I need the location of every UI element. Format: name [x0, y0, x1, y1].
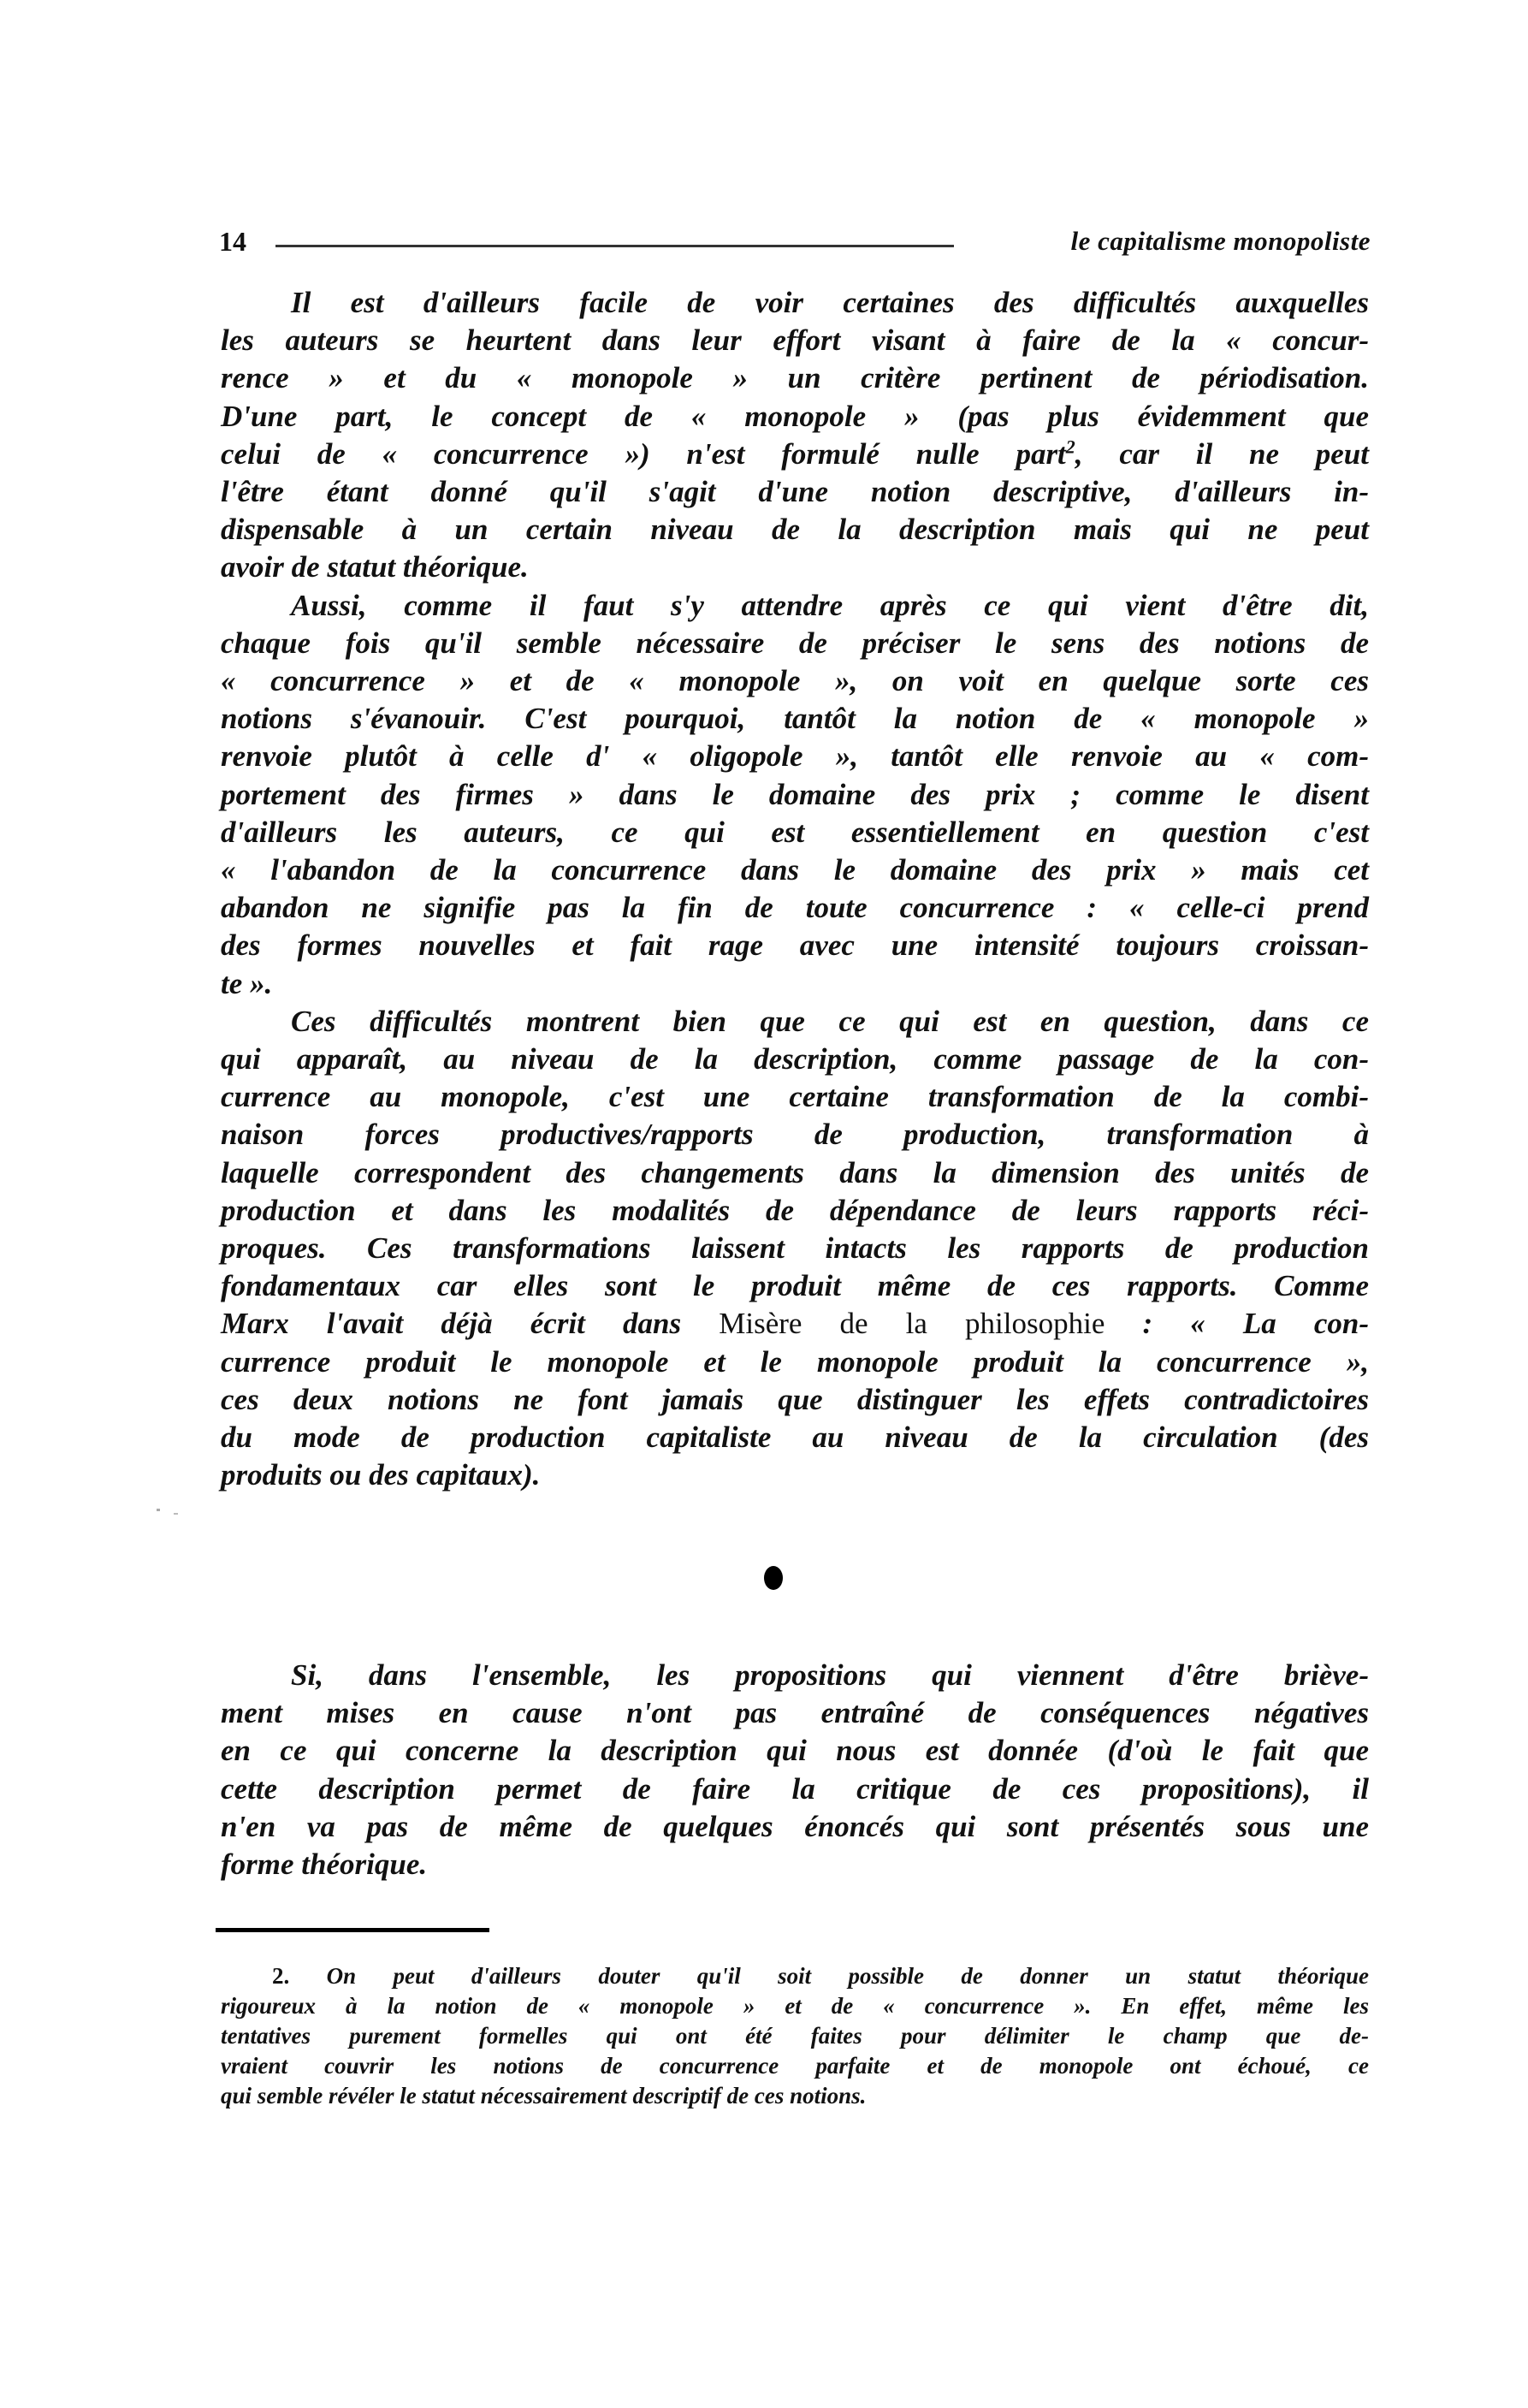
text-line: qui apparaît, au niveau de la descriptio… [221, 1041, 1369, 1078]
text-line: 2. On peut d'ailleurs douter qu'il soit … [221, 1961, 1369, 1991]
text-segment: Marx l'avait déjà écrit dans [221, 1307, 681, 1340]
running-title: le capitalisme monopoliste [1070, 226, 1371, 257]
text-line: forme théorique. [221, 1846, 1369, 1883]
text-segment: celui de « concurrence ») n'est formulé … [221, 437, 1066, 471]
text-line: fondamentaux car elles sont le produit m… [221, 1267, 1369, 1305]
footnote-2: 2. On peut d'ailleurs douter qu'il soit … [221, 1961, 1369, 2111]
text-line: tentatives purement formelles qui ont ét… [221, 2021, 1369, 2051]
text-line: laquelle correspondent des changements d… [221, 1154, 1369, 1192]
text-line: Marx l'avait déjà écrit dans Misère de l… [221, 1305, 1369, 1343]
text-line: celui de « concurrence ») n'est formulé … [221, 436, 1369, 473]
text-segment: , car il ne peut [1075, 437, 1369, 471]
text-line: du mode de production capitaliste au niv… [221, 1419, 1369, 1456]
text-line: en ce qui concerne la description qui no… [221, 1732, 1369, 1770]
text-segment: On peut d'ailleurs douter qu'il soit pos… [327, 1963, 1369, 1989]
text-line: vraient couvrir les notions de concurren… [221, 2051, 1369, 2081]
paragraph-3: Ces difficultés montrent bien que ce qui… [221, 1003, 1369, 1495]
section-2-paragraph: Si, dans l'ensemble, les propositions qu… [221, 1657, 1369, 1883]
header-rule [275, 245, 954, 247]
text-line: qui semble révéler le statut nécessairem… [221, 2081, 1369, 2111]
paragraph-2: Aussi, comme il faut s'y attendre après … [221, 587, 1369, 1003]
text-line: ces deux notions ne font jamais que dist… [221, 1381, 1369, 1419]
footnote-number: 2. [272, 1963, 289, 1989]
text-segment: : « La con- [1105, 1307, 1369, 1340]
text-line: production et dans les modalités de dépe… [221, 1192, 1369, 1230]
text-line: portement des firmes » dans le domaine d… [221, 776, 1369, 814]
main-text: Il est d'ailleurs facile de voir certain… [221, 284, 1369, 1495]
text-line: renvoie plutôt à celle d' « oligopole »,… [221, 738, 1369, 775]
text-line: proques. Ces transformations laissent in… [221, 1230, 1369, 1267]
text-line: n'en va pas de même de quelques énoncés … [221, 1808, 1369, 1846]
text-line: currence au monopole, c'est une certaine… [221, 1078, 1369, 1116]
text-line: dispensable à un certain niveau de la de… [221, 511, 1369, 549]
footnote-ref[interactable]: 2 [1066, 436, 1075, 457]
scan-artifact [157, 1509, 160, 1511]
running-header: 14 le capitalisme monopoliste [219, 224, 1371, 265]
text-line: Il est d'ailleurs facile de voir certain… [221, 284, 1369, 322]
text-line: currence produit le monopole et le monop… [221, 1343, 1369, 1381]
text-line: rigoureux à la notion de « monopole » et… [221, 1991, 1369, 2021]
text-line: notions s'évanouir. C'est pourquoi, tant… [221, 700, 1369, 738]
text-line: rence » et du « monopole » un critère pe… [221, 359, 1369, 397]
text-line: te ». [221, 965, 1369, 1003]
text-line: l'être étant donné qu'il s'agit d'une no… [221, 473, 1369, 511]
text-line: d'ailleurs les auteurs, ce qui est essen… [221, 814, 1369, 851]
text-line: D'une part, le concept de « monopole » (… [221, 398, 1369, 436]
text-line: « l'abandon de la concurrence dans le do… [221, 851, 1369, 889]
text-line: avoir de statut théorique. [221, 549, 1369, 586]
text-line: ment mises en cause n'ont pas entraîné d… [221, 1694, 1369, 1732]
text-line: « concurrence » et de « monopole », on v… [221, 662, 1369, 700]
text-line: Aussi, comme il faut s'y attendre après … [221, 587, 1369, 625]
text-line: Si, dans l'ensemble, les propositions qu… [221, 1657, 1369, 1694]
text-line: Ces difficultés montrent bien que ce qui… [221, 1003, 1369, 1041]
text-line: abandon ne signifie pas la fin de toute … [221, 889, 1369, 927]
book-page: 14 le capitalisme monopoliste Il est d'a… [0, 0, 1528, 2408]
page-number: 14 [219, 226, 246, 258]
text-line: les auteurs se heurtent dans leur effort… [221, 322, 1369, 359]
book-title: Misère de la philosophie [719, 1307, 1105, 1340]
paragraph-1: Il est d'ailleurs facile de voir certain… [221, 284, 1369, 587]
text-line: cette description permet de faire la cri… [221, 1770, 1369, 1808]
footnote-rule [216, 1928, 489, 1932]
section-separator-bullet [764, 1566, 783, 1590]
text-line: produits ou des capitaux). [221, 1456, 1369, 1494]
text-line: naison forces productives/rapports de pr… [221, 1116, 1369, 1154]
text-line: des formes nouvelles et fait rage avec u… [221, 927, 1369, 964]
text-line: chaque fois qu'il semble nécessaire de p… [221, 625, 1369, 662]
scan-artifact [174, 1513, 178, 1515]
